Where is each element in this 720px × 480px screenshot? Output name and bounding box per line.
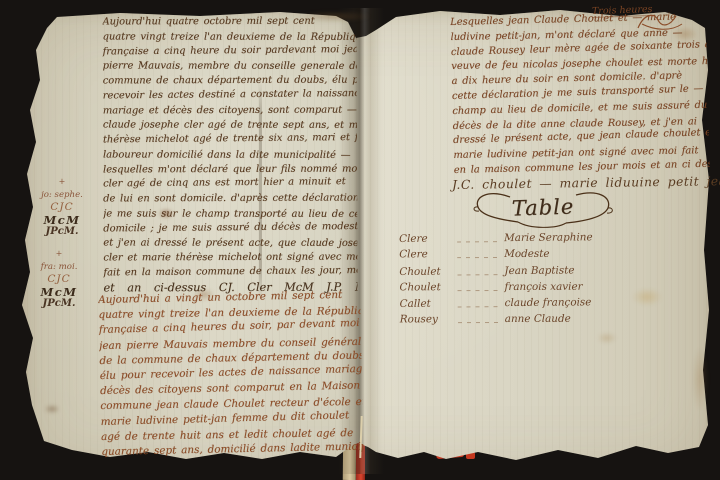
margin-note: JPcM.: [30, 226, 94, 239]
index-surname: Choulet: [399, 265, 457, 278]
manuscript-line: recevoir les actes destiné a constater l…: [103, 87, 357, 104]
manuscript-line: laboureur domicilié dans la dite municip…: [103, 148, 357, 163]
margin-note: McM: [27, 286, 91, 299]
margin-note: +: [27, 248, 91, 261]
index-given-name: anne Claude: [505, 314, 571, 326]
dotted-leader: [457, 280, 499, 291]
index-given-name: Marie Seraphine: [504, 232, 593, 245]
dotted-leader: [457, 264, 499, 275]
manuscript-line: et j'en ai dressé le présent acte, que c…: [103, 237, 357, 252]
name-index-table: Clere Marie Seraphine Clere Modeste Chou…: [399, 227, 636, 327]
manuscript-line: fait en la maison commune de chaux les j…: [103, 264, 357, 281]
margin-note: CJC: [30, 201, 94, 214]
manuscript-line: française a cinq heure du soir pardevant…: [103, 43, 357, 60]
manuscript-line: thérèse michelot agé de trente six ans, …: [103, 131, 357, 148]
manuscript-line: Aujourd'hui quatre octobre mil sept cent: [103, 15, 357, 31]
index-surname: Choulet: [399, 281, 457, 293]
manuscript-line: mariage et décès des citoyens, sont comp…: [103, 103, 357, 119]
table-title: Table: [511, 194, 574, 220]
index-surname: Rousey: [400, 314, 458, 326]
manuscript-line: cler agé de cinq ans est mort hier a min…: [103, 175, 357, 192]
notary-paraph-flourish: [636, 10, 686, 36]
dotted-leader: [457, 231, 499, 242]
index-row: Rousey anne Claude: [400, 309, 636, 326]
index-given-name: françois xavier: [504, 281, 582, 293]
archive-scan: Aujourd'hui quatre octobre mil sept cent…: [0, 0, 720, 480]
margin-note: fra: moi.: [27, 261, 91, 274]
margin-note: JPcM.: [27, 298, 91, 311]
index-row: Clere Marie Seraphine: [399, 227, 635, 245]
margin-note: jo: sephe.: [30, 189, 94, 202]
manuscript-line: pierre Mauvais, membre du conseille gene…: [103, 60, 357, 75]
dotted-leader: [458, 313, 500, 324]
margin-note: McM: [30, 214, 94, 227]
left-page-act-entry-2: Aujourd'hui a vingt un octobre mil sept …: [98, 288, 364, 465]
table-heading: Table: [468, 185, 618, 232]
dotted-leader: [458, 297, 500, 308]
margin-note: CJC: [27, 273, 91, 286]
index-row: Choulet françois xavier: [399, 276, 635, 293]
margin-note-group-1: +jo: sephe.CJCMcMJPcM.: [30, 176, 94, 239]
index-given-name: Modeste: [504, 248, 549, 260]
index-given-name: Jean Baptiste: [504, 264, 574, 277]
manuscript-line: de lui en sont domicile. d'après cette d…: [103, 192, 357, 208]
margin-note-group-2: +fra: moi.CJCMcMJPcM.: [27, 248, 91, 311]
dotted-leader: [457, 248, 499, 259]
index-row: Choulet Jean Baptiste: [399, 260, 635, 278]
margin-note: +: [30, 176, 94, 189]
index-surname: Clere: [399, 249, 457, 261]
manuscript-line: domicile ; je me suis assuré du décès de…: [103, 220, 357, 237]
left-page-act-entry-1: Aujourd'hui quatre octobre mil sept cent…: [103, 15, 358, 300]
index-row: Clere Modeste: [399, 244, 635, 261]
index-given-name: claude françoise: [505, 297, 592, 310]
